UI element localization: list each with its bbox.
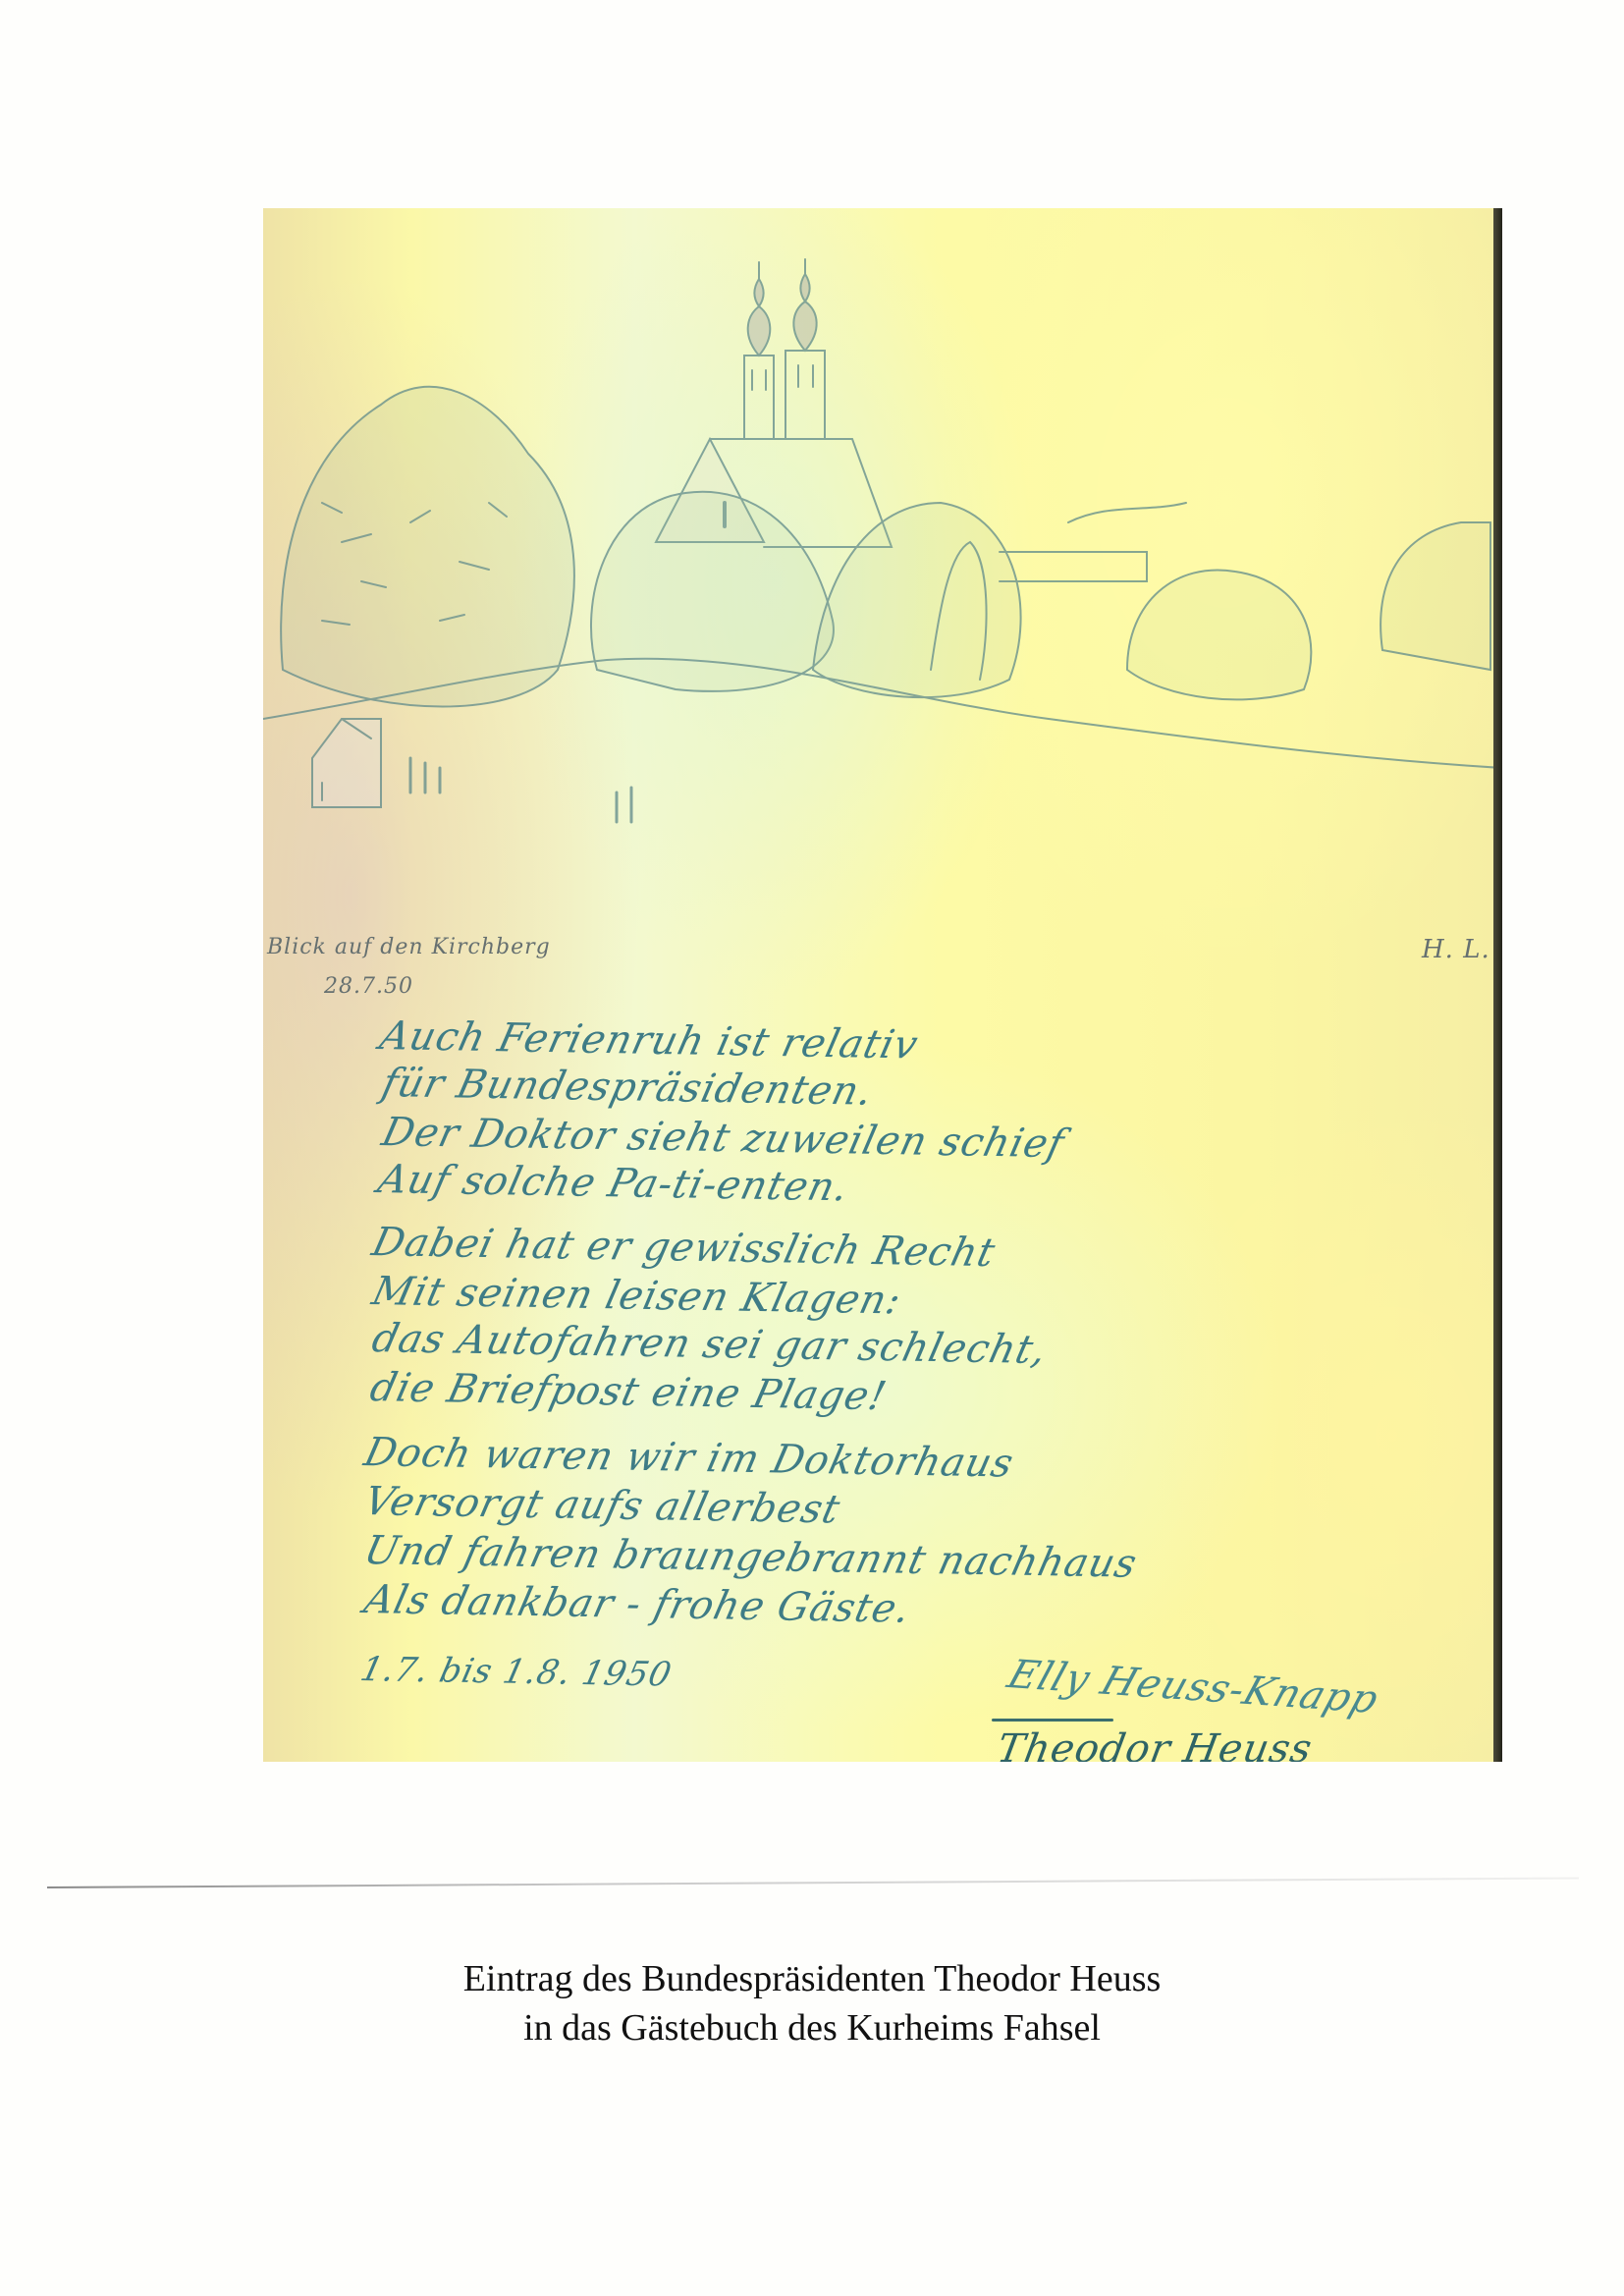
poem-line: Auf solche Pa-ti-enten. [374, 1157, 853, 1210]
guestbook-scan: Blick auf den Kirchberg 28.7.50 H. L. Au… [263, 208, 1502, 1762]
caption-line-2: in das Gästebuch des Kurheims Fahsel [0, 2003, 1624, 2052]
sketch-pencil-date: 28.7.50 [324, 974, 413, 999]
poem-line: Dabei hat er gewisslich Recht [368, 1220, 1001, 1276]
poem-line: das Autofahren sei gar schlecht, [368, 1316, 1052, 1373]
caption-line-1: Eintrag des Bundespräsidenten Theodor He… [0, 1954, 1624, 2003]
sketch-pencil-caption: Blick auf den Kirchberg [267, 935, 551, 959]
poem-line: Auch Ferienruh ist relativ [376, 1013, 923, 1068]
book-binding-edge [1493, 208, 1502, 1762]
stay-date-range: 1.7. bis 1.8. 1950 [356, 1650, 676, 1695]
signature-elly-heuss-knapp: Elly Heuss-Knapp [1002, 1652, 1384, 1722]
poem-line: Als dankbar - frohe Gäste. [360, 1577, 915, 1632]
poem-line: Mit seinen leisen Klagen: [368, 1269, 906, 1323]
signature-theodor-heuss: Theodor Heuss [994, 1726, 1316, 1762]
poem-line: Versorgt aufs allerbest [360, 1479, 845, 1532]
sketch-initials: H. L. [1422, 935, 1490, 964]
poem-line: Und fahren braungebrannt nachhaus [360, 1528, 1142, 1587]
poem-line: die Briefpost eine Plage! [366, 1365, 892, 1419]
scan-edge-line [47, 1877, 1579, 1888]
signature-underline [992, 1719, 1113, 1722]
poem-line: Doch waren wir im Doktorhaus [360, 1430, 1018, 1487]
church-sketch-illustration [263, 208, 1502, 896]
poem-line: für Bundespräsidenten. [378, 1061, 878, 1115]
